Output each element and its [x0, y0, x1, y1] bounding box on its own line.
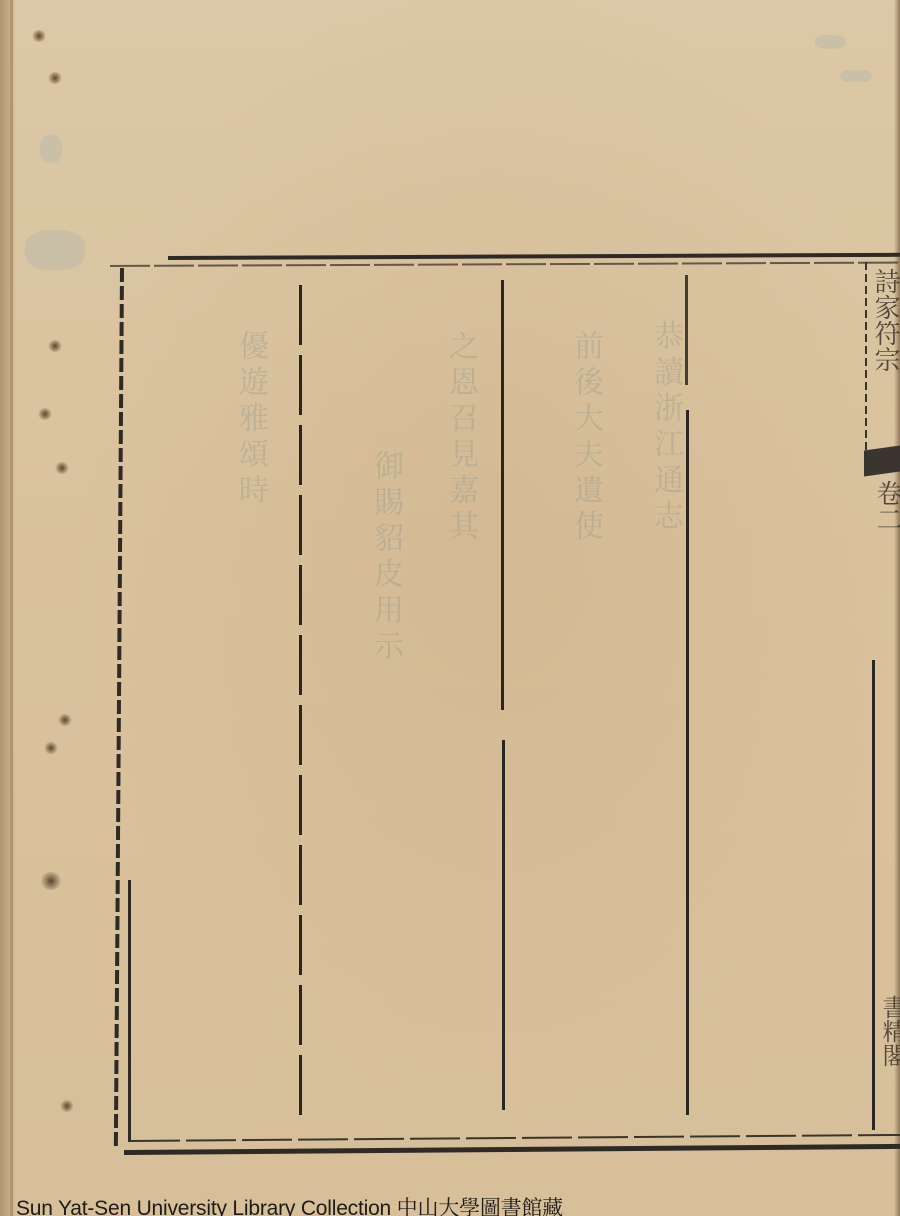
- spine-shadow: [0, 0, 16, 1216]
- frame-left-inner-border: [128, 880, 131, 1142]
- fish-tail-mark: [864, 445, 900, 476]
- bleed-through-text: 前後大夫遺使: [570, 330, 600, 546]
- frame-bottom-inner-border: [130, 1134, 900, 1142]
- water-stain: [25, 230, 85, 270]
- bleed-through-text: 恭讀浙江通志: [650, 320, 680, 536]
- column-divider: [686, 410, 689, 1115]
- binding-hole-icon: [60, 1100, 74, 1112]
- binding-hole-icon: [40, 872, 62, 890]
- water-stain: [815, 35, 845, 49]
- frame-left-border: [114, 268, 124, 1150]
- frame-top-inner-border: [110, 262, 900, 267]
- volume-number-text: 卷二: [874, 480, 900, 532]
- library-watermark: Sun Yat-Sen University Library Collectio…: [16, 1192, 563, 1216]
- binding-hole-icon: [48, 72, 62, 84]
- column-divider: [501, 280, 504, 710]
- spine-fold-line: [10, 0, 13, 1216]
- binding-hole-icon: [55, 462, 69, 474]
- water-stain: [840, 70, 872, 82]
- frame-top-border: [168, 253, 900, 260]
- title-column-border: [865, 262, 867, 452]
- title-column-lower-border: [872, 660, 875, 1130]
- binding-hole-icon: [44, 742, 58, 754]
- binding-hole-icon: [48, 340, 62, 352]
- column-divider: [685, 275, 688, 385]
- bleed-through-text: 優遊雅頌時: [235, 330, 265, 510]
- frame-bottom-border: [124, 1144, 900, 1155]
- bleed-through-text: 御賜貂皮用示: [370, 450, 400, 666]
- column-divider: [502, 740, 505, 1110]
- binding-hole-icon: [38, 408, 52, 420]
- binding-hole-icon: [58, 714, 72, 726]
- printer-mark-text: 書精閣: [880, 995, 900, 1067]
- water-stain: [40, 135, 62, 163]
- book-title-text: 詩家符宗: [872, 268, 898, 372]
- column-divider: [299, 285, 302, 1115]
- scanned-page: 恭讀浙江通志 前後大夫遺使 之恩召見嘉其 御賜貂皮用示 優遊雅頌時 詩家符宗 卷…: [0, 0, 900, 1216]
- bleed-through-text: 之恩召見嘉其: [445, 330, 475, 546]
- binding-hole-icon: [32, 30, 46, 42]
